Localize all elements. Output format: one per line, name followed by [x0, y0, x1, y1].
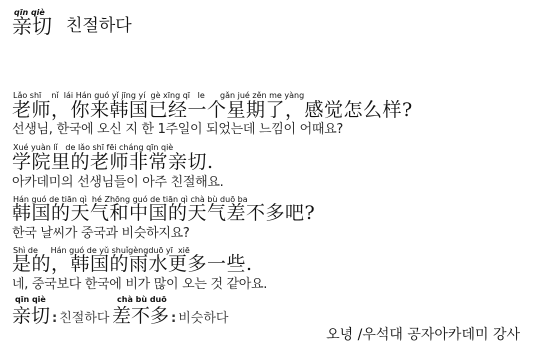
vocab-1: 亲切:친절하다 — [12, 301, 109, 328]
vocab-1-korean: 친절하다 — [59, 311, 109, 326]
line-3-korean: 한국 날씨가 중국과 비슷하지요? — [12, 226, 189, 241]
vocab-1-chinese: 亲切 — [12, 305, 50, 327]
line-1-korean: 선생님, 한국에 오신 지 한 1주일이 되었는데 느낌이 어때요? — [12, 122, 343, 137]
line-3-chinese: 韩国的天气和中国的天气差不多吧? — [12, 203, 315, 223]
vocab-1-separator: : — [52, 311, 57, 326]
author-byline: 오녕 /우석대 공자아카데미 강사 — [326, 326, 520, 344]
vocab-2-chinese: 差不多 — [112, 305, 169, 327]
line-4-korean: 네, 중국보다 한국에 비가 많이 오는 것 같아요. — [12, 277, 267, 292]
title-chinese: 亲切 — [12, 15, 52, 37]
vocab-2-korean: 비슷하다 — [178, 311, 228, 326]
line-2-chinese: 学院里的老师非常亲切. — [12, 152, 214, 172]
line-1-chinese: 老师，你来韩国已经一个星期了，感觉怎么样? — [12, 100, 413, 120]
line-2-korean: 아카데미의 선생님들이 아주 친절해요. — [12, 175, 223, 190]
vocab-2: 差不多:비슷하다 — [112, 301, 228, 328]
vocab-2-separator: : — [171, 311, 176, 326]
line-4-chinese: 是的，韩国的雨水更多一些. — [12, 254, 253, 274]
title-korean: 친절하다 — [66, 16, 132, 36]
